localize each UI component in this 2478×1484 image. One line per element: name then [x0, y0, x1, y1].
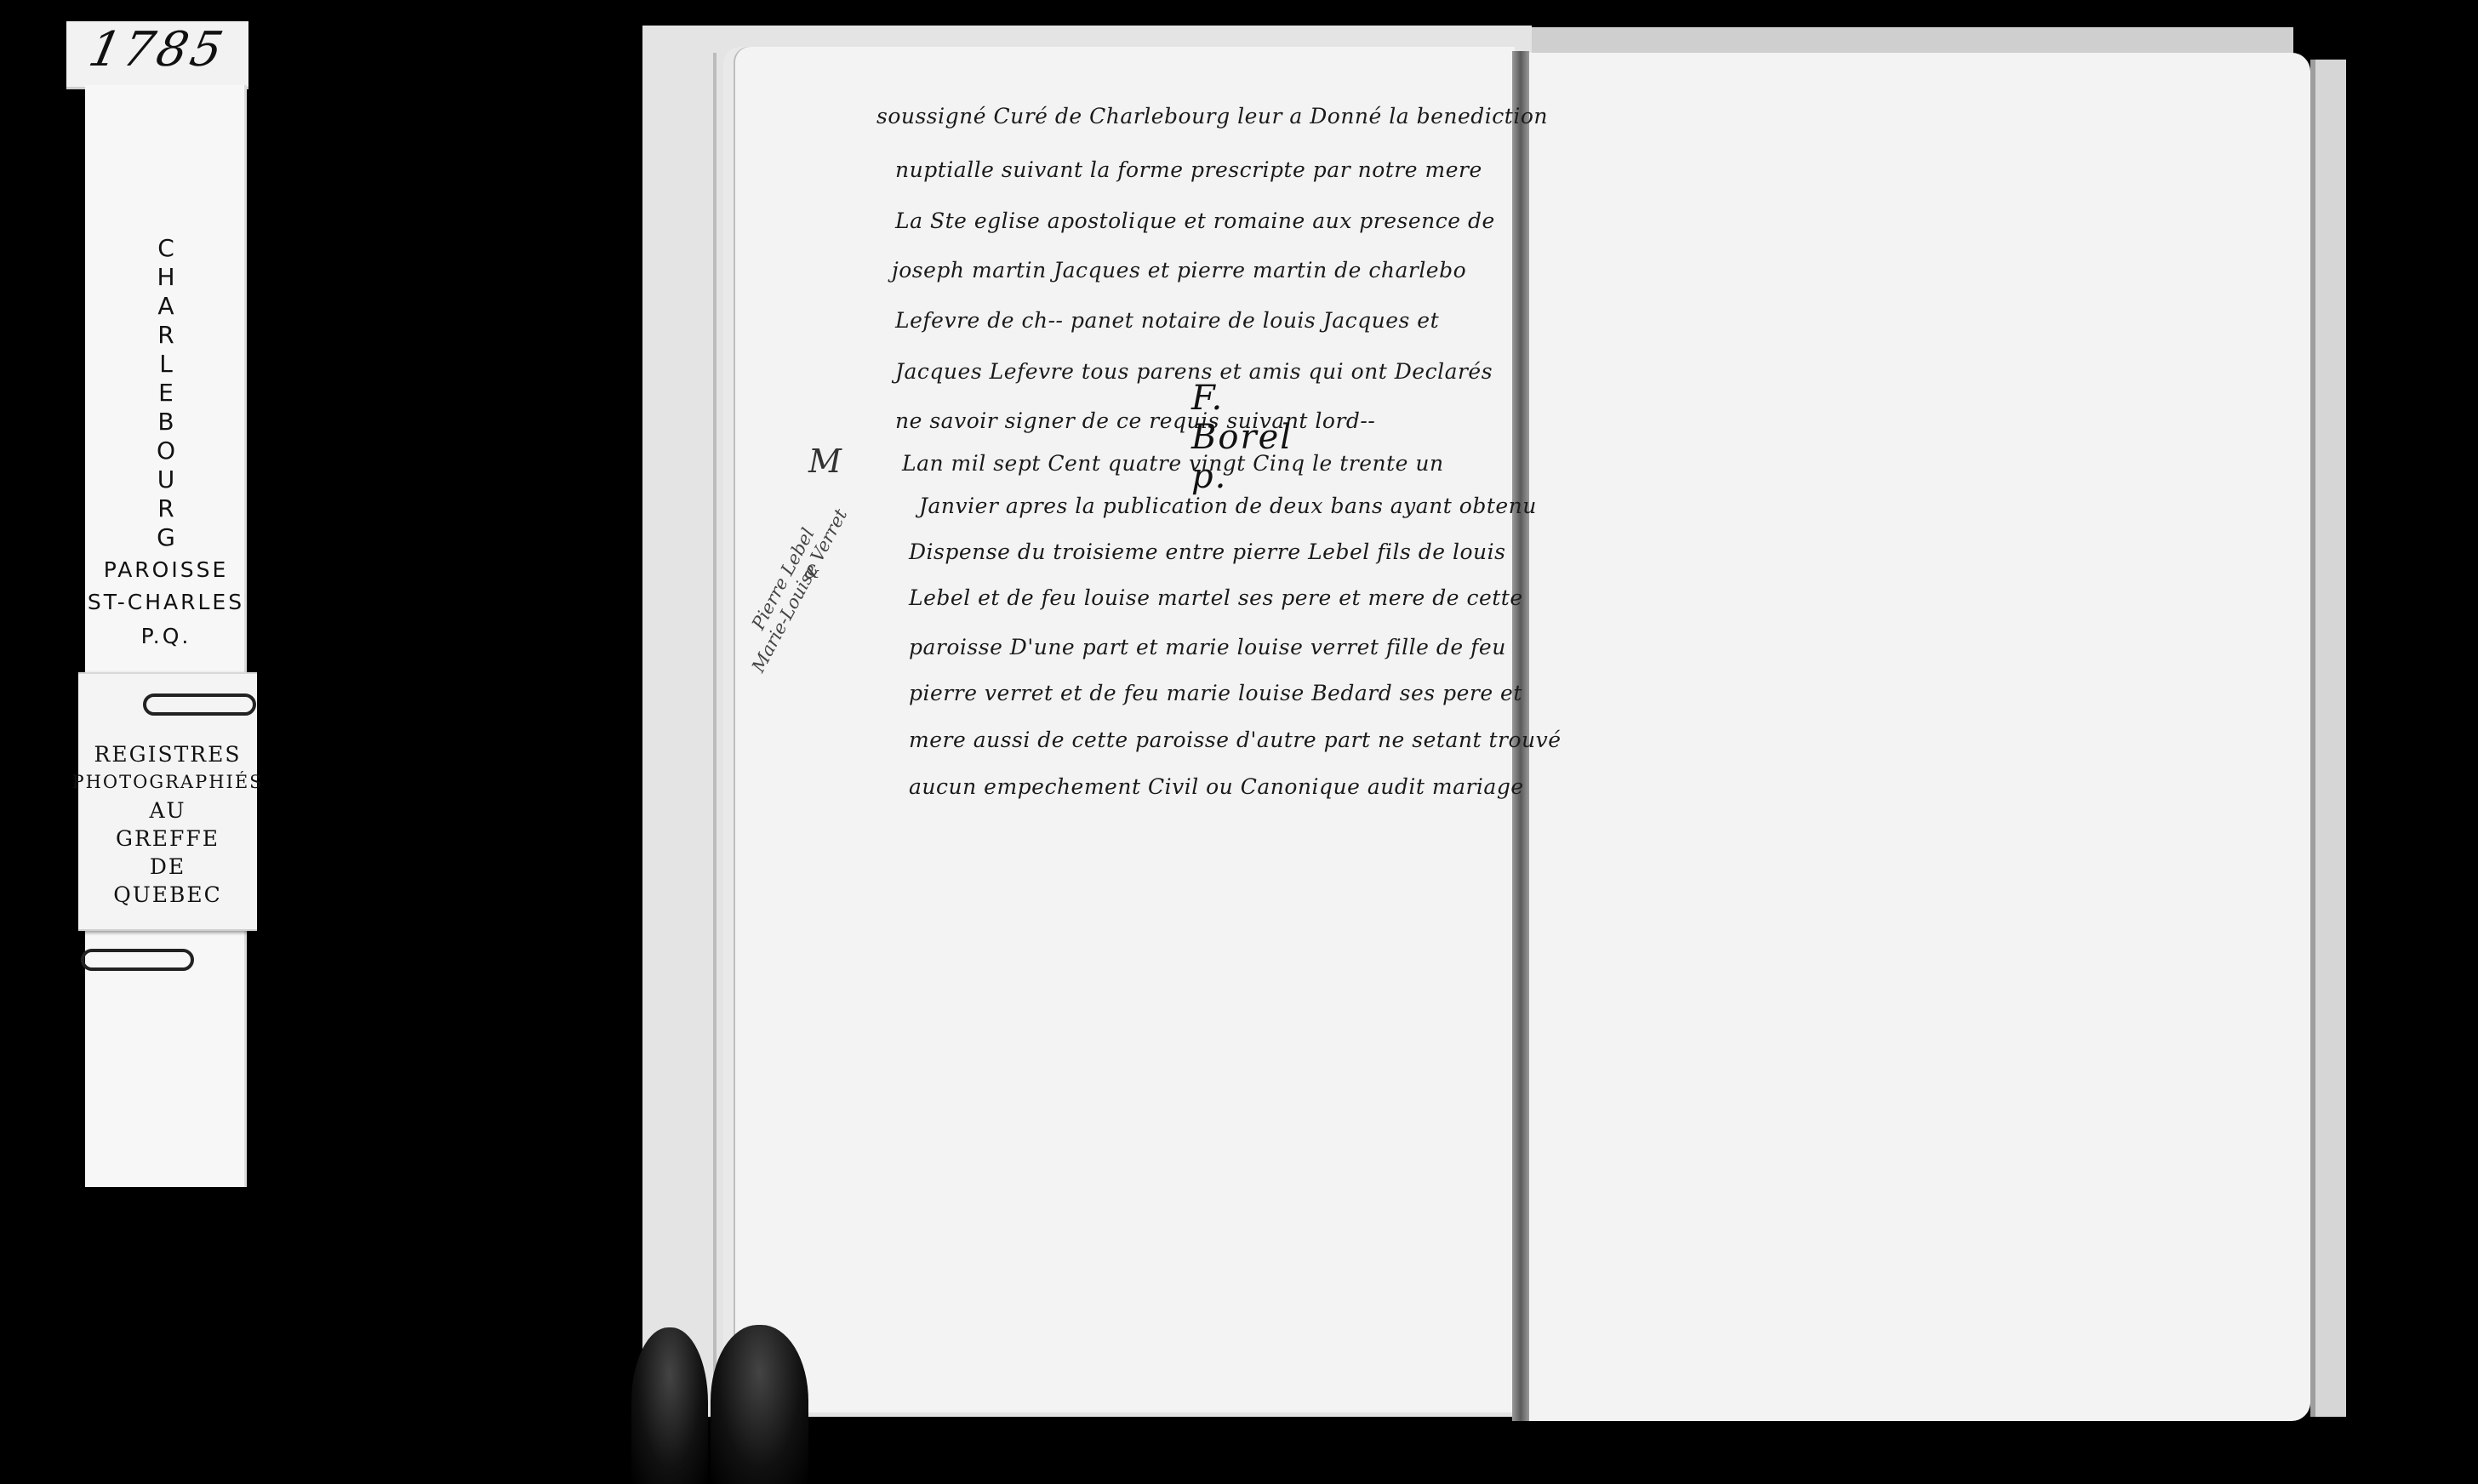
parish-letter: H	[157, 263, 174, 292]
entry-line: pierre verret et de feu marie louise Bed…	[909, 681, 1522, 705]
finger-holding-page	[711, 1325, 808, 1484]
parish-letter: U	[157, 465, 175, 494]
parish-letter: G	[157, 523, 175, 552]
year-label: 1785	[60, 22, 254, 77]
registry-stamp: REGISTRES PHOTOGRAPHIÉS AU GREFFE DE QUE…	[78, 740, 257, 909]
entry-line: joseph martin Jacques et pierre martin d…	[892, 258, 1466, 283]
finger-holding-page	[631, 1327, 708, 1484]
paperclip-icon	[81, 949, 194, 971]
stamp-line: GREFFE	[116, 825, 220, 853]
page-stack-edge-right	[2310, 60, 2346, 1417]
paperclip-icon	[143, 693, 256, 716]
parish-letter: E	[158, 379, 174, 408]
province-label: P.Q.	[85, 624, 247, 648]
parish-letter: A	[157, 292, 174, 321]
entry-line: nuptialle suivant la forme prescripte pa…	[895, 157, 1482, 182]
priest-signature: F. Borel p.	[1191, 379, 1293, 496]
entry-line: Janvier apres la publication de deux ban…	[919, 494, 1537, 518]
stamp-line: PHOTOGRAPHIÉS	[71, 768, 263, 796]
parish-letter: R	[157, 321, 174, 350]
entry-line: ne savoir signer de ce requis suivant lo…	[895, 408, 1375, 433]
stamp-line: DE	[150, 853, 186, 881]
page-stack-edge	[713, 53, 717, 1406]
entry-line: paroisse D'une part et marie louise verr…	[909, 635, 1506, 659]
parish-name-vertical: C H A R L E B O U R G	[85, 234, 247, 552]
stamp-line: QUEBEC	[113, 881, 222, 909]
parish-letter: C	[157, 234, 174, 263]
parish-letter: L	[159, 350, 173, 379]
entry-line: Lefevre de ch-- panet notaire de louis J…	[895, 308, 1439, 333]
entry-line: Lebel et de feu louise martel ses pere e…	[909, 585, 1523, 610]
saint-label: ST-CHARLES	[85, 590, 247, 614]
margin-mark-marriage: M	[808, 442, 842, 480]
entry-line: soussigné Curé de Charlebourg leur a Don…	[876, 104, 1548, 128]
right-page	[1529, 53, 2310, 1421]
stamp-line: REGISTRES	[94, 740, 242, 768]
stamp-line: AU	[149, 796, 186, 825]
entry-line: Dispense du troisieme entre pierre Lebel…	[909, 539, 1505, 564]
parish-label: PAROISSE	[85, 557, 247, 582]
parish-letter: O	[157, 437, 175, 465]
entry-line: Lan mil sept Cent quatre vingt Cinq le t…	[902, 451, 1444, 476]
parish-letter: R	[157, 494, 174, 523]
entry-line: mere aussi de cette paroisse d'autre par…	[909, 728, 1562, 752]
entry-line: aucun empechement Civil ou Canonique aud…	[909, 774, 1524, 799]
entry-line: La Ste eglise apostolique et romaine aux…	[895, 208, 1495, 233]
parish-letter: B	[157, 408, 174, 437]
